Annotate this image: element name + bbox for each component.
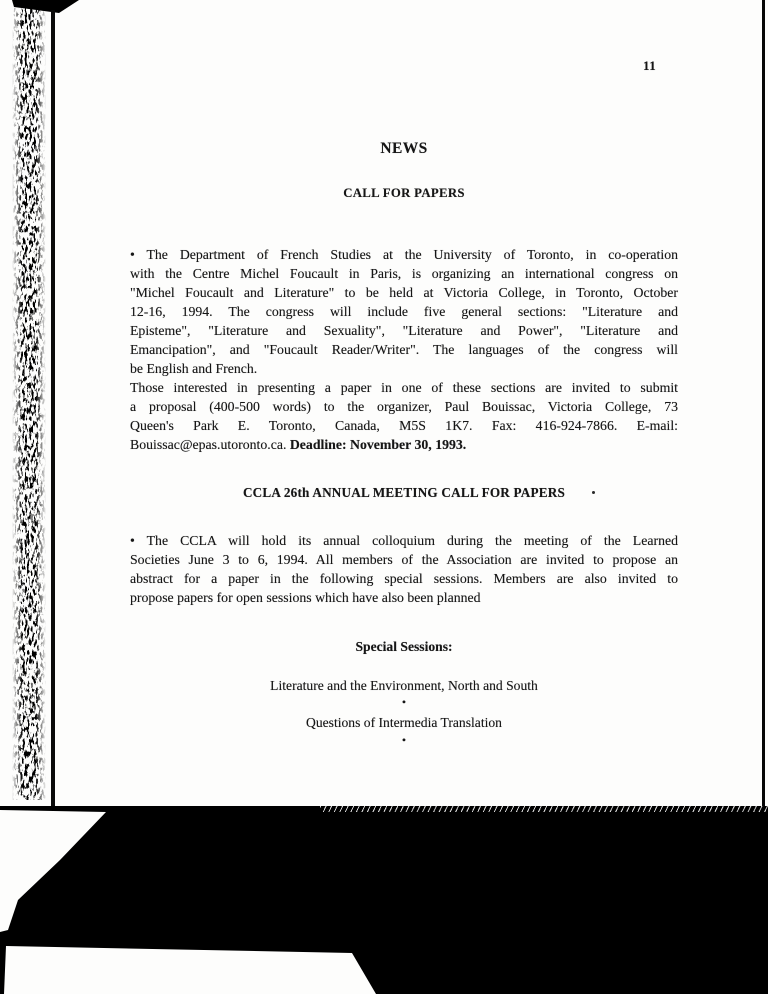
bullet-separator: • [130, 695, 678, 710]
binding-noise-artifact [12, 8, 46, 800]
announcement-foucault-congress: • The Department of French Studies at th… [130, 245, 678, 454]
text-line: Those interested in presenting a paper i… [130, 378, 678, 397]
text-line: • The CCLA will hold its annual colloqui… [130, 531, 678, 550]
text-line: a proposal (400-500 words) to the organi… [130, 397, 678, 416]
scan-black-band-artifact [0, 806, 768, 994]
heading-ccla-meeting: CCLA 26th ANNUAL MEETING CALL FOR PAPERS [130, 485, 678, 501]
text-line: • The Department of French Studies at th… [130, 245, 678, 264]
book-spine-line-artifact [51, 10, 55, 807]
white-wedge-artifact [0, 806, 120, 936]
session-item: Questions of Intermedia Translation [130, 715, 678, 731]
text-line: propose papers for open sessions which h… [130, 588, 678, 607]
scanned-document-page: 11 NEWS CALL FOR PAPERS • The Department… [0, 0, 768, 994]
text-line: Episteme", "Literature and Sexuality", "… [130, 321, 678, 340]
heading-news: NEWS [130, 140, 678, 158]
text-line: Societies June 3 to 6, 1994. All members… [130, 550, 678, 569]
heading-call-for-papers: CALL FOR PAPERS [130, 186, 678, 201]
text-line: Bouissac@epas.utoronto.ca. Deadline: Nov… [130, 435, 678, 454]
text-line: Emancipation", and "Foucault Reader/Writ… [130, 340, 678, 359]
email-text: Bouissac@epas.utoronto.ca. [130, 437, 290, 452]
announcement-ccla-colloquium: • The CCLA will hold its annual colloqui… [130, 531, 678, 607]
text-line: with the Centre Michel Foucault in Paris… [130, 264, 678, 283]
text-line: 12-16, 1994. The congress will include f… [130, 302, 678, 321]
page-number: 11 [643, 58, 656, 74]
text-line: be English and French. [130, 359, 678, 378]
text-line: "Michel Foucault and Literature" to be h… [130, 283, 678, 302]
white-slab-artifact [0, 936, 400, 994]
bullet-separator: • [130, 733, 678, 748]
text-line: abstract for a paper in the following sp… [130, 569, 678, 588]
band-hatch-texture [320, 806, 768, 812]
text-line: Queen's Park E. Toronto, Canada, M5S 1K7… [130, 416, 678, 435]
deadline-text: Deadline: November 30, 1993. [290, 437, 466, 452]
heading-special-sessions: Special Sessions: [130, 639, 678, 655]
session-item: Literature and the Environment, North an… [130, 678, 678, 694]
